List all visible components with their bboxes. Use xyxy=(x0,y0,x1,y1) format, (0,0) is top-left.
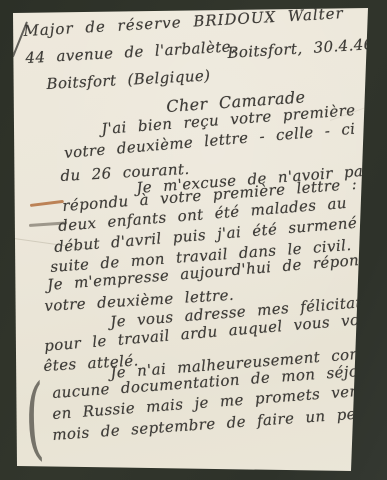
scan-background: Major de réserve BRIDOUX Walter 44 avenu… xyxy=(0,0,387,480)
sender-address-line: 44 avenue de l'arbalète, xyxy=(25,37,237,67)
rust-stain xyxy=(30,200,64,207)
place-date: Boitsfort, 30.4.46 xyxy=(227,35,374,62)
stray-dash: – xyxy=(357,272,366,290)
sender-city-line: Boitsfort (Belgique) xyxy=(46,66,211,93)
sender-name-line: Major de réserve BRIDOUX Walter xyxy=(23,4,344,40)
margin-parenthesis-mark: ( xyxy=(24,372,45,463)
letter-paper: Major de réserve BRIDOUX Walter 44 avenu… xyxy=(0,0,387,480)
